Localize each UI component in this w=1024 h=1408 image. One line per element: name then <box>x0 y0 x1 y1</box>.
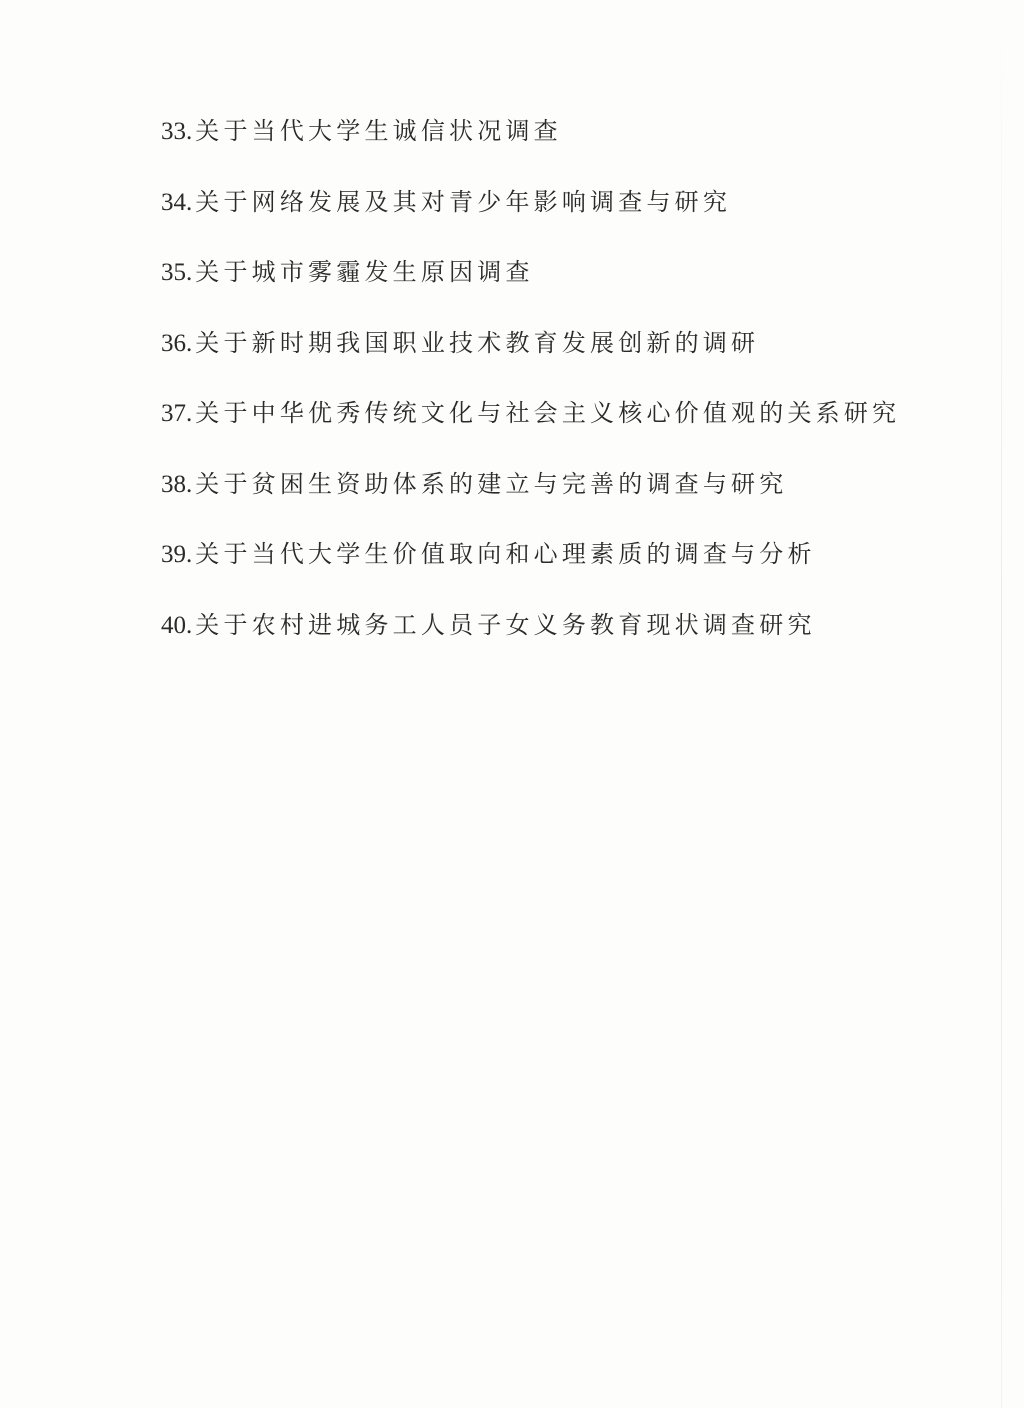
topic-title: 关于贫困生资助体系的建立与完善的调查与研究 <box>195 470 787 498</box>
topic-number: 39. <box>161 541 192 568</box>
topic-item-34: 34.关于网络发展及其对青少年影响调查与研究 <box>161 184 900 255</box>
topic-item-35: 35.关于城市雾霾发生原因调查 <box>161 254 900 325</box>
topic-item-36: 36.关于新时期我国职业技术教育发展创新的调研 <box>161 325 900 396</box>
topic-number: 40. <box>161 612 192 639</box>
topic-title: 关于农村进城务工人员子女义务教育现状调查研究 <box>195 611 815 639</box>
scan-edge-line <box>1001 0 1002 1408</box>
topic-title: 关于网络发展及其对青少年影响调查与研究 <box>195 188 731 216</box>
topic-item-40: 40.关于农村进城务工人员子女义务教育现状调查研究 <box>161 607 900 678</box>
topic-item-33: 33.关于当代大学生诚信状况调查 <box>161 113 900 184</box>
topic-item-37: 37.关于中华优秀传统文化与社会主义核心价值观的关系研究 <box>161 395 900 466</box>
topic-title: 关于新时期我国职业技术教育发展创新的调研 <box>195 329 759 357</box>
topic-number: 36. <box>161 330 192 357</box>
topic-title: 关于城市雾霾发生原因调查 <box>195 258 533 286</box>
document-page: 33.关于当代大学生诚信状况调查 34.关于网络发展及其对青少年影响调查与研究 … <box>0 0 1024 1408</box>
topic-number: 38. <box>161 471 192 498</box>
topic-number: 33. <box>161 118 192 145</box>
topic-item-39: 39.关于当代大学生价值取向和心理素质的调查与分析 <box>161 536 900 607</box>
topic-list: 33.关于当代大学生诚信状况调查 34.关于网络发展及其对青少年影响调查与研究 … <box>161 113 900 677</box>
topic-title: 关于当代大学生价值取向和心理素质的调查与分析 <box>195 540 815 568</box>
topic-number: 37. <box>161 400 192 427</box>
topic-item-38: 38.关于贫困生资助体系的建立与完善的调查与研究 <box>161 466 900 537</box>
topic-number: 35. <box>161 259 192 286</box>
topic-title: 关于当代大学生诚信状况调查 <box>195 117 562 145</box>
topic-number: 34. <box>161 189 192 216</box>
topic-title: 关于中华优秀传统文化与社会主义核心价值观的关系研究 <box>195 399 900 427</box>
